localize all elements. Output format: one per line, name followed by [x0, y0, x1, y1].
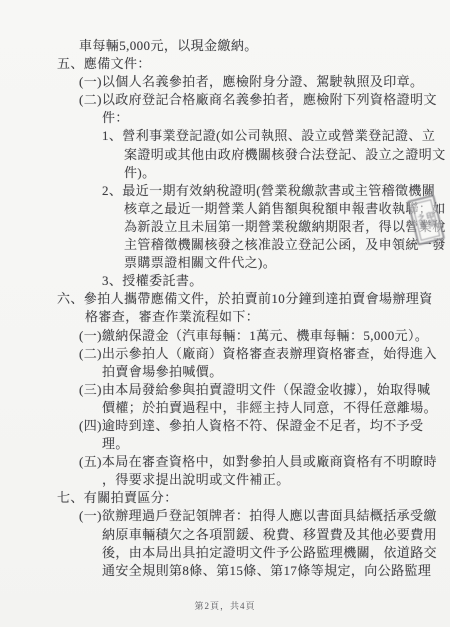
scanned-document-page: 車每輛5,000元，以現金繳納。五、應備文件：(一)以個人名義參拍者，應檢附身分…	[0, 0, 450, 627]
text-line: 格審查，審查作業流程如下：	[85, 308, 450, 326]
text-line: (三)由本局發給參與拍賣證明文件（保證金收據），始取得喊	[79, 381, 450, 399]
text-line: 車每輛5,000元，以現金繳納。	[79, 37, 450, 55]
text-line: 1、營利事業登記證(如公司執照、設立或營業登記證、立	[102, 127, 450, 145]
text-line: (四)逾時到達、參拍人資格不符、保證金不足者，均不予受	[79, 417, 450, 435]
text-line: 2、最近一期有效納稅證明(營業稅繳款書或主管稽徵機關	[102, 182, 450, 200]
text-line: (二)以政府登記合格廠商名義參拍者，應檢附下列資格證明文	[79, 91, 450, 109]
text-line: 通安全規則第8條、第15條、第17條等規定，向公路監理	[102, 562, 450, 580]
text-line: (一)欲辦理過戶登記領牌者：拍得人應以書面具結概括承受繳	[79, 507, 450, 525]
text-line: 後，由本局出具拍定證明文件予公路監理機關，依道路交	[102, 544, 450, 562]
text-line: 票購票證相關文件代之)。	[124, 254, 450, 272]
text-line: 五、應備文件：	[57, 55, 450, 73]
page-number-footer: 第2頁，共4頁	[0, 599, 450, 612]
text-line: 拍賣會場參拍喊價。	[102, 363, 450, 381]
text-line: 核章之最近一期營業人銷售額與稅額申報書收執聯；如	[124, 200, 450, 218]
text-line: 七、有關拍賣區分：	[57, 489, 450, 507]
text-line: 件：	[102, 109, 450, 127]
text-line: (一)繳納保證金（汽車每輛：1萬元、機車每輛：5,000元）。	[79, 327, 450, 345]
text-line: 主管稽徵機關核發之核准設立登記公函，及申領統一發	[124, 236, 450, 254]
text-line: (二)出示參拍人（廠商）資格審查表辦理資格審查，始得進入	[79, 345, 450, 363]
text-line: 3、授權委託書。	[102, 272, 450, 290]
text-line: 六、參拍人攜帶應備文件，於拍賣前10分鐘到達拍賣會場辦理資	[57, 290, 450, 308]
text-line: 理。	[102, 435, 450, 453]
text-line: 案證明或其他由政府機關核發合法登記、設立之證明文	[124, 146, 450, 164]
seal-inner-border: 印信 之章	[412, 199, 441, 241]
text-line: 價權；於拍賣過程中，非經主持人同意，不得任意離場。	[102, 399, 450, 417]
text-line: 納原車輛積欠之各項罰鍰、稅費、移置費及其他必要費用	[102, 526, 450, 544]
document-body: 車每輛5,000元，以現金繳納。五、應備文件：(一)以個人名義參拍者，應檢附身分…	[0, 37, 450, 580]
text-line: 為新設立且未屆第一期營業稅繳納期限者，得以營業稅	[124, 218, 450, 236]
text-line: 件)。	[124, 164, 450, 182]
text-line: (一)以個人名義參拍者，應檢附身分證、駕駛執照及印章。	[79, 73, 450, 91]
text-line: (五)本局在審查資格中，如對參拍人員或廠商資格有不明瞭時	[79, 453, 450, 471]
text-line: ，得要求提出說明或文件補正。	[102, 471, 450, 489]
